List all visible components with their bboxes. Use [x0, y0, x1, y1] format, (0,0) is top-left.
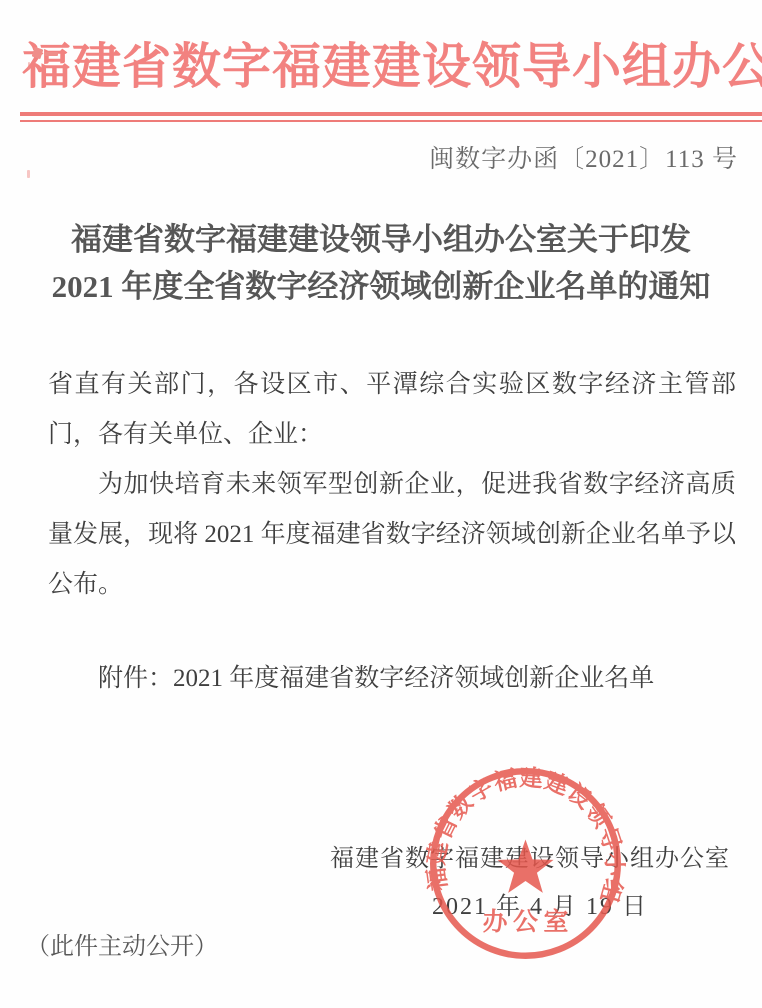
notice-title-line1: 福建省数字福建建设领导小组办公室关于印发 [0, 216, 762, 263]
letterhead-divider [20, 112, 762, 122]
svg-text:福建省数字福建建设领导小组: 福建省数字福建建设领导小组 [424, 764, 627, 906]
letterhead-org-title: 福建省数字福建建设领导小组办公室 [22, 36, 762, 98]
scan-artifact-speck [45, 52, 58, 56]
notice-title-line2: 2021 年度全省数字经济领域创新企业名单的通知 [0, 263, 762, 310]
notice-title: 福建省数字福建建设领导小组办公室关于印发 2021 年度全省数字经济领域创新企业… [0, 216, 762, 310]
signature-date: 2021 年 4 月 19 日 [432, 886, 648, 921]
scan-artifact-speck [28, 62, 30, 70]
notice-body: 省直有关部门，各设区市、平潭综合实验区数字经济主管部门，各有关单位、企业： 为加… [48, 360, 736, 704]
scan-artifact-speck [27, 170, 30, 178]
seal-ring-text: 福建省数字福建建设领导小组 [424, 764, 627, 906]
document-page: 福建省数字福建建设领导小组办公室 闽数字办函〔2021〕113 号 福建省数字福… [0, 0, 762, 1008]
doc-number: 闽数字办函〔2021〕113 号 [429, 139, 738, 175]
attachment-line: 附件：2021 年度福建省数字经济领域创新企业名单 [48, 654, 736, 704]
salutation: 省直有关部门，各设区市、平潭综合实验区数字经济主管部门，各有关单位、企业： [48, 360, 736, 460]
main-paragraph: 为加快培育未来领军型创新企业，促进我省数字经济高质量发展，现将 2021 年度福… [48, 460, 736, 610]
disclosure-note: （此件主动公开） [26, 926, 218, 961]
signature-org: 福建省数字福建建设领导小组办公室 [330, 838, 730, 873]
